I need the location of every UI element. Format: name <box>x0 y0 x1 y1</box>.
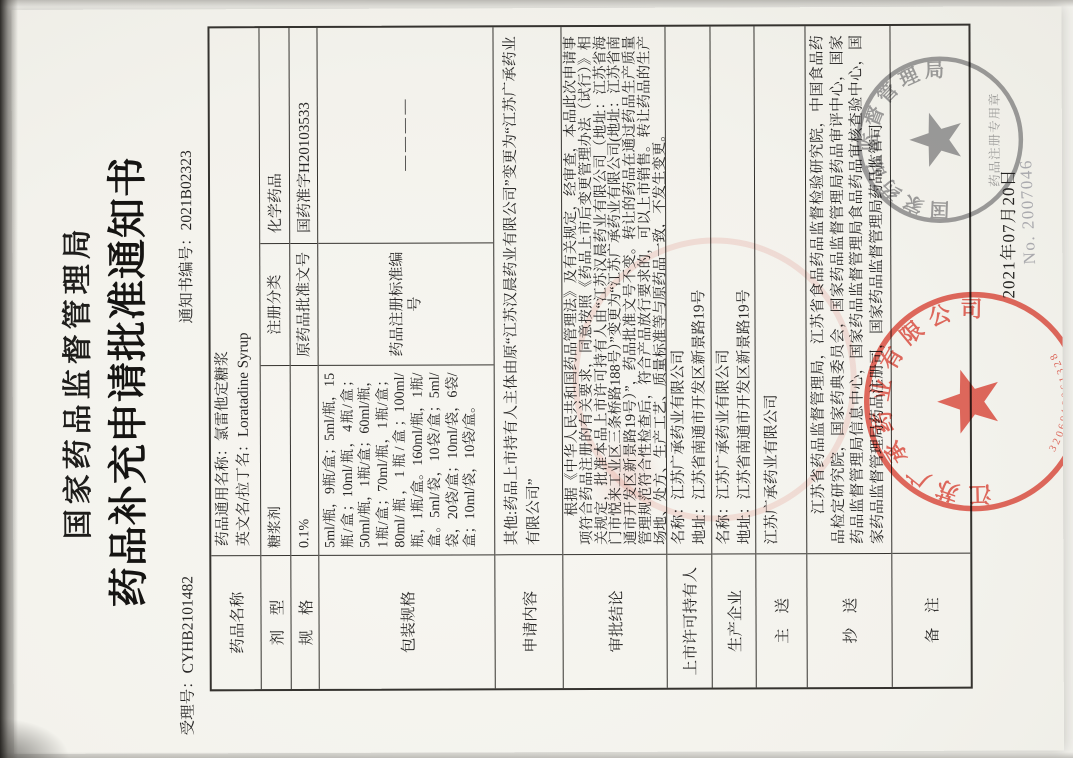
row-packaging: 包装规格 5ml/瓶，9瓶/盒；5ml/瓶，15瓶/盒；10ml/瓶，4瓶/盒；… <box>317 27 495 689</box>
cell-label-approval-conclusion: 审批结论 <box>563 554 666 688</box>
cell-label-license-holder: 上市许可持有人 <box>667 554 711 688</box>
document-page: 国家药品监督管理局 药品补充申请批准通知书 受理号：CYHB2101482 通知… <box>11 6 1064 754</box>
scan-edge-left <box>0 0 18 758</box>
notice-number: 通知书编号：2021B02323 <box>174 150 197 323</box>
document-title: 药品补充申请批准通知书 <box>95 10 155 754</box>
acceptance-number: 受理号：CYHB2101482 <box>175 576 198 735</box>
scan-edge-bottom <box>0 752 1073 758</box>
company-seal-icon: 江苏广承药业有限公司 3206910061328 <box>858 286 1064 517</box>
cell-label-spec: 规格 <box>291 555 318 689</box>
scan-edge-top <box>0 0 1073 7</box>
star-icon <box>909 113 961 167</box>
document-number-line: 受理号：CYHB2101482 通知书编号：2021B02323 <box>173 9 198 753</box>
cell-spec-value: 0.1% <box>291 365 319 555</box>
acceptance-number-value: CYHB2101482 <box>179 576 196 673</box>
cell-label-registration-standard-no: 药品注册标准编号 <box>318 242 493 365</box>
faint-seal-smudge <box>589 432 663 528</box>
cell-application-content: 其他:药品上市持有人主体由原“江苏汉晨药业有限公司”变更为“江苏广承药业有限公司… <box>493 27 562 554</box>
company-seal-serial: 3206910061328 <box>1047 349 1064 454</box>
cell-label-application-content: 申请内容 <box>495 554 562 688</box>
cell-label-cc: 抄送 <box>807 553 891 687</box>
scanned-approval-notice: 国家药品监督管理局 药品补充申请批准通知书 受理号：CYHB2101482 通知… <box>0 0 1073 758</box>
issue-date: 2021年07月20日 <box>994 168 1019 298</box>
cell-label-registration-class: 注册分类 <box>260 243 289 365</box>
agency-title: 国家药品监督管理局 <box>51 10 98 754</box>
cell-label-original-approval-no: 原药品批准文号 <box>290 243 317 365</box>
cell-label-remarks: 备注 <box>892 553 970 687</box>
row-spec: 规格 0.1% 原药品批准文号 国药准字H20103533 <box>289 28 319 689</box>
cell-registration-class-value: 化学药品 <box>259 28 289 243</box>
svg-text:3206910061328: 3206910061328 <box>1047 349 1064 454</box>
drug-english-name: 英文名/拉丁名：Loratadine Syrup <box>232 37 254 546</box>
cell-label-packaging: 包装规格 <box>319 554 494 689</box>
star-icon <box>937 370 998 434</box>
cell-original-approval-no-value: 国药准字H20103533 <box>289 28 317 243</box>
cell-registration-standard-no-value: — — — — <box>317 27 493 243</box>
cell-dosage-form-value: 糖浆剂 <box>261 365 291 555</box>
cell-label-drug-name: 药品名称 <box>211 555 260 689</box>
row-application-content: 申请内容 其他:药品上市持有人主体由原“江苏汉晨药业有限公司”变更为“江苏广承药… <box>493 27 563 688</box>
row-drug-name: 药品名称 药品通用名称：氯雷他定糖浆 英文名/拉丁名：Loratadine Sy… <box>209 28 261 689</box>
nmpa-seal-serial-number: No. 2007046 <box>1016 159 1040 265</box>
cell-label-manufacturer: 生产企业 <box>712 553 755 687</box>
row-dosage-form: 剂型 糖浆剂 注册分类 化学药品 <box>259 28 291 689</box>
cell-packaging-value: 5ml/瓶，9瓶/盒；5ml/瓶，15瓶/盒；10ml/瓶，4瓶/盒；50ml/… <box>319 364 495 555</box>
drug-generic-name: 药品通用名称：氯雷他定糖浆 <box>211 37 233 546</box>
notice-number-value: 2021B02323 <box>178 150 195 230</box>
cell-label-dosage-form: 剂型 <box>261 555 290 689</box>
cell-drug-name: 药品通用名称：氯雷他定糖浆 英文名/拉丁名：Loratadine Syrup <box>209 28 260 555</box>
acceptance-number-label: 受理号： <box>180 673 197 735</box>
cell-label-main-recipient: 主送 <box>756 553 806 687</box>
notice-number-label: 通知书编号： <box>178 230 195 323</box>
